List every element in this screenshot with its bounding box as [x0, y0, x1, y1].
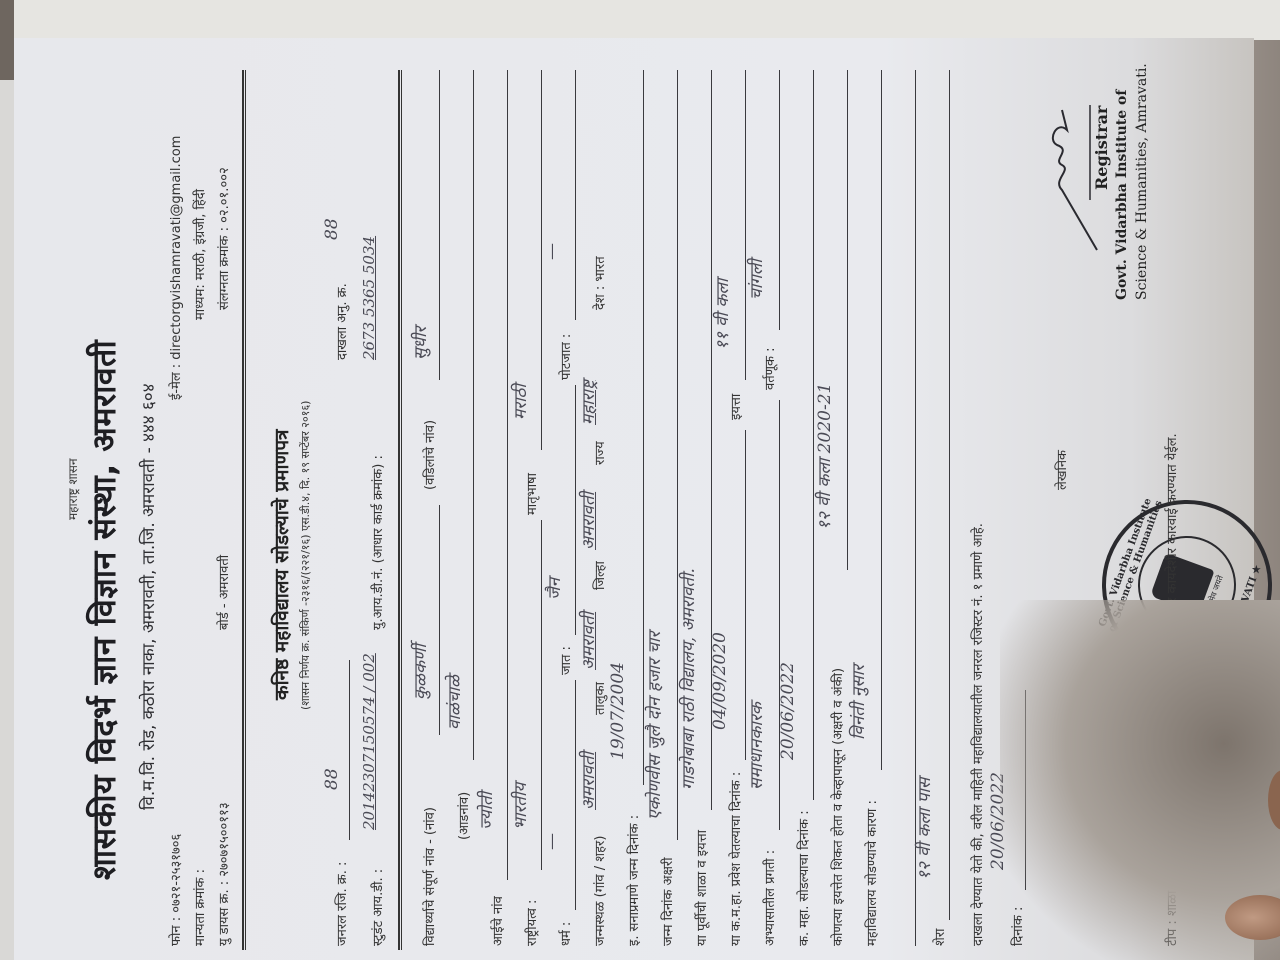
medium: माध्यम: मराठी, इंग्रजी, हिंदी — [190, 189, 208, 320]
certification-text: दाखला देण्यात येतो की, वरील माहिती महावि… — [968, 523, 998, 946]
birthplace-label: जन्मस्थळ (गांव / शहर) — [590, 836, 620, 946]
remarks-value: १२ वी कला पास — [912, 778, 935, 880]
mother-name-label: आईचे नांव — [488, 896, 518, 946]
surname-value: वाळंचाळे — [442, 675, 465, 730]
taluka-value: अमरावती — [576, 612, 599, 670]
conduct-value: चांगली — [744, 259, 767, 300]
subcaste-label: पोटजात : — [556, 334, 586, 380]
father-name-value: सुधीर — [408, 327, 431, 360]
nationality-value: भारतीय — [508, 783, 531, 830]
country-label: देश : भारत — [590, 256, 620, 310]
leaving-date-value: 20/06/2022 — [778, 662, 798, 760]
clerk-label: लेखनिक — [1052, 450, 1082, 490]
dob-words-label: जन्म दिनांक अक्षरी — [658, 857, 688, 946]
aadhaar-value: 2673 5365 5034 — [360, 236, 378, 360]
general-reg-row: जनरल रजि. क्र. : — [332, 862, 362, 946]
religion-label: धर्म : — [556, 922, 586, 946]
father-name-label: (वडिलांचे नांव) — [420, 420, 450, 490]
government-label: महाराष्ट्र शासन — [64, 458, 81, 520]
subcaste-value: — — [542, 243, 562, 260]
remarks-label: शेरा — [930, 928, 960, 946]
dob-label: इ. सनाप्रमाणे जन्म दिनांक : — [624, 815, 654, 946]
mother-name-value: ज्योती — [474, 792, 497, 830]
nationality-label: राष्ट्रीयत्व : — [522, 900, 552, 946]
certificate-title: कनिष्ठ महाविद्यालय सोडल्याचे प्रमाणपत्र — [268, 430, 294, 700]
email: ई-मेल : directorgvishamravati@gmail.com — [166, 136, 184, 400]
institute-address: वि.म.वि. रोड, कठोरा नाका, अमरावती, ता.जि… — [136, 383, 159, 810]
district-label: जिल्हा — [590, 561, 620, 590]
religion-line — [550, 680, 576, 910]
progress-value: समाधानकारक — [744, 702, 767, 790]
admission-date-value: 04/09/2020 — [710, 632, 730, 730]
leaving-date-label: क. महा. सोडल्याचा दिनांक : — [794, 810, 824, 946]
previous-school-value: गाडगेबाबा राठी विद्यालय, अमरावती. — [676, 568, 699, 790]
leaving-reason-value: विनंती नुसार — [846, 665, 869, 740]
student-id-row: स्टुडंट आय.डी. : — [368, 869, 398, 946]
admission-date-label: या क.म.हा. प्रवेश घेतल्याचा दिनांक : — [726, 772, 756, 946]
religion-value: — — [542, 833, 562, 850]
general-reg-value: 88 — [322, 768, 342, 790]
student-name-line — [414, 505, 440, 735]
udise-no: यु डायस क्र. : २७०७१५००११३ — [214, 802, 232, 946]
phone: फोन : ०७२१-२५३१७०६ — [166, 834, 184, 946]
registrar-title: Registrar — [1092, 106, 1111, 190]
background-shadow — [0, 0, 14, 80]
admission-class-label: इयत्ता — [726, 394, 756, 420]
registrar-org-line2: Science & Humanities, Amravati. — [1134, 63, 1150, 300]
mother-name-line — [482, 70, 508, 880]
state-value: महाराष्ट्र — [576, 380, 599, 425]
caste-value: जैन — [542, 578, 565, 600]
recognition-no: मान्यता क्रमांक : — [190, 869, 208, 946]
board: बोर्ड - अमरावती — [214, 555, 232, 630]
mother-tongue-value: मराठी — [508, 384, 531, 420]
admission-class-value: ११ वी कला — [710, 279, 733, 350]
dob-words-value: एकोणवीस जुलै दोन हजार चार — [642, 632, 665, 820]
country-value: भारत — [593, 256, 608, 281]
subcaste-line — [550, 70, 576, 320]
studying-class-value: १२ वी कला 2020-21 — [812, 383, 835, 530]
general-reg-line — [324, 660, 350, 840]
leaving-reason-label: महाविद्यालय सोडण्याचे कारण : — [862, 800, 892, 946]
student-name-label: विद्यार्थ्याचे संपूर्ण नांव - (नांव) — [420, 807, 450, 946]
previous-school-label: या पूर्वीची शाळा व इयत्ता — [692, 830, 722, 946]
uid-label: यु.आय.डी.नं. (आधार कार्ड क्रमांक) : — [368, 455, 398, 630]
student-id-value: 20142307150574 / 002 — [360, 653, 378, 830]
district-value: अमरावती — [576, 492, 599, 550]
institute-name: शासकीय विदर्भ ज्ञान विज्ञान संस्था, अमरा… — [82, 340, 125, 880]
affiliation-no: संलग्नता क्रमांक : ०२.०१.००२ — [214, 167, 232, 310]
progress-label: अभ्यासातील प्रगती : — [760, 850, 790, 946]
surname-line — [448, 70, 474, 760]
gr-reference: (शासन निर्णय क्र. संकिर्ण -२३१६/(२२१/१६)… — [298, 401, 313, 710]
student-name-value: कुळकर्णी — [408, 644, 431, 700]
birthplace-value: अमरावती — [576, 752, 599, 810]
admission-no-value: 88 — [322, 218, 342, 240]
admission-no-label: दाखला अनु. क्र. — [332, 283, 362, 360]
state-label: राज्य — [590, 441, 620, 465]
background-surface — [0, 0, 1280, 40]
header-divider — [242, 70, 246, 950]
registrar-org-line1: Govt. Vidarbha Institute of — [1114, 90, 1130, 300]
dob-value: 19/07/2004 — [608, 662, 628, 760]
conduct-label: वर्तणूक : — [760, 347, 790, 390]
section-divider — [398, 70, 402, 950]
mother-tongue-label: मातृभाषा — [522, 473, 552, 515]
